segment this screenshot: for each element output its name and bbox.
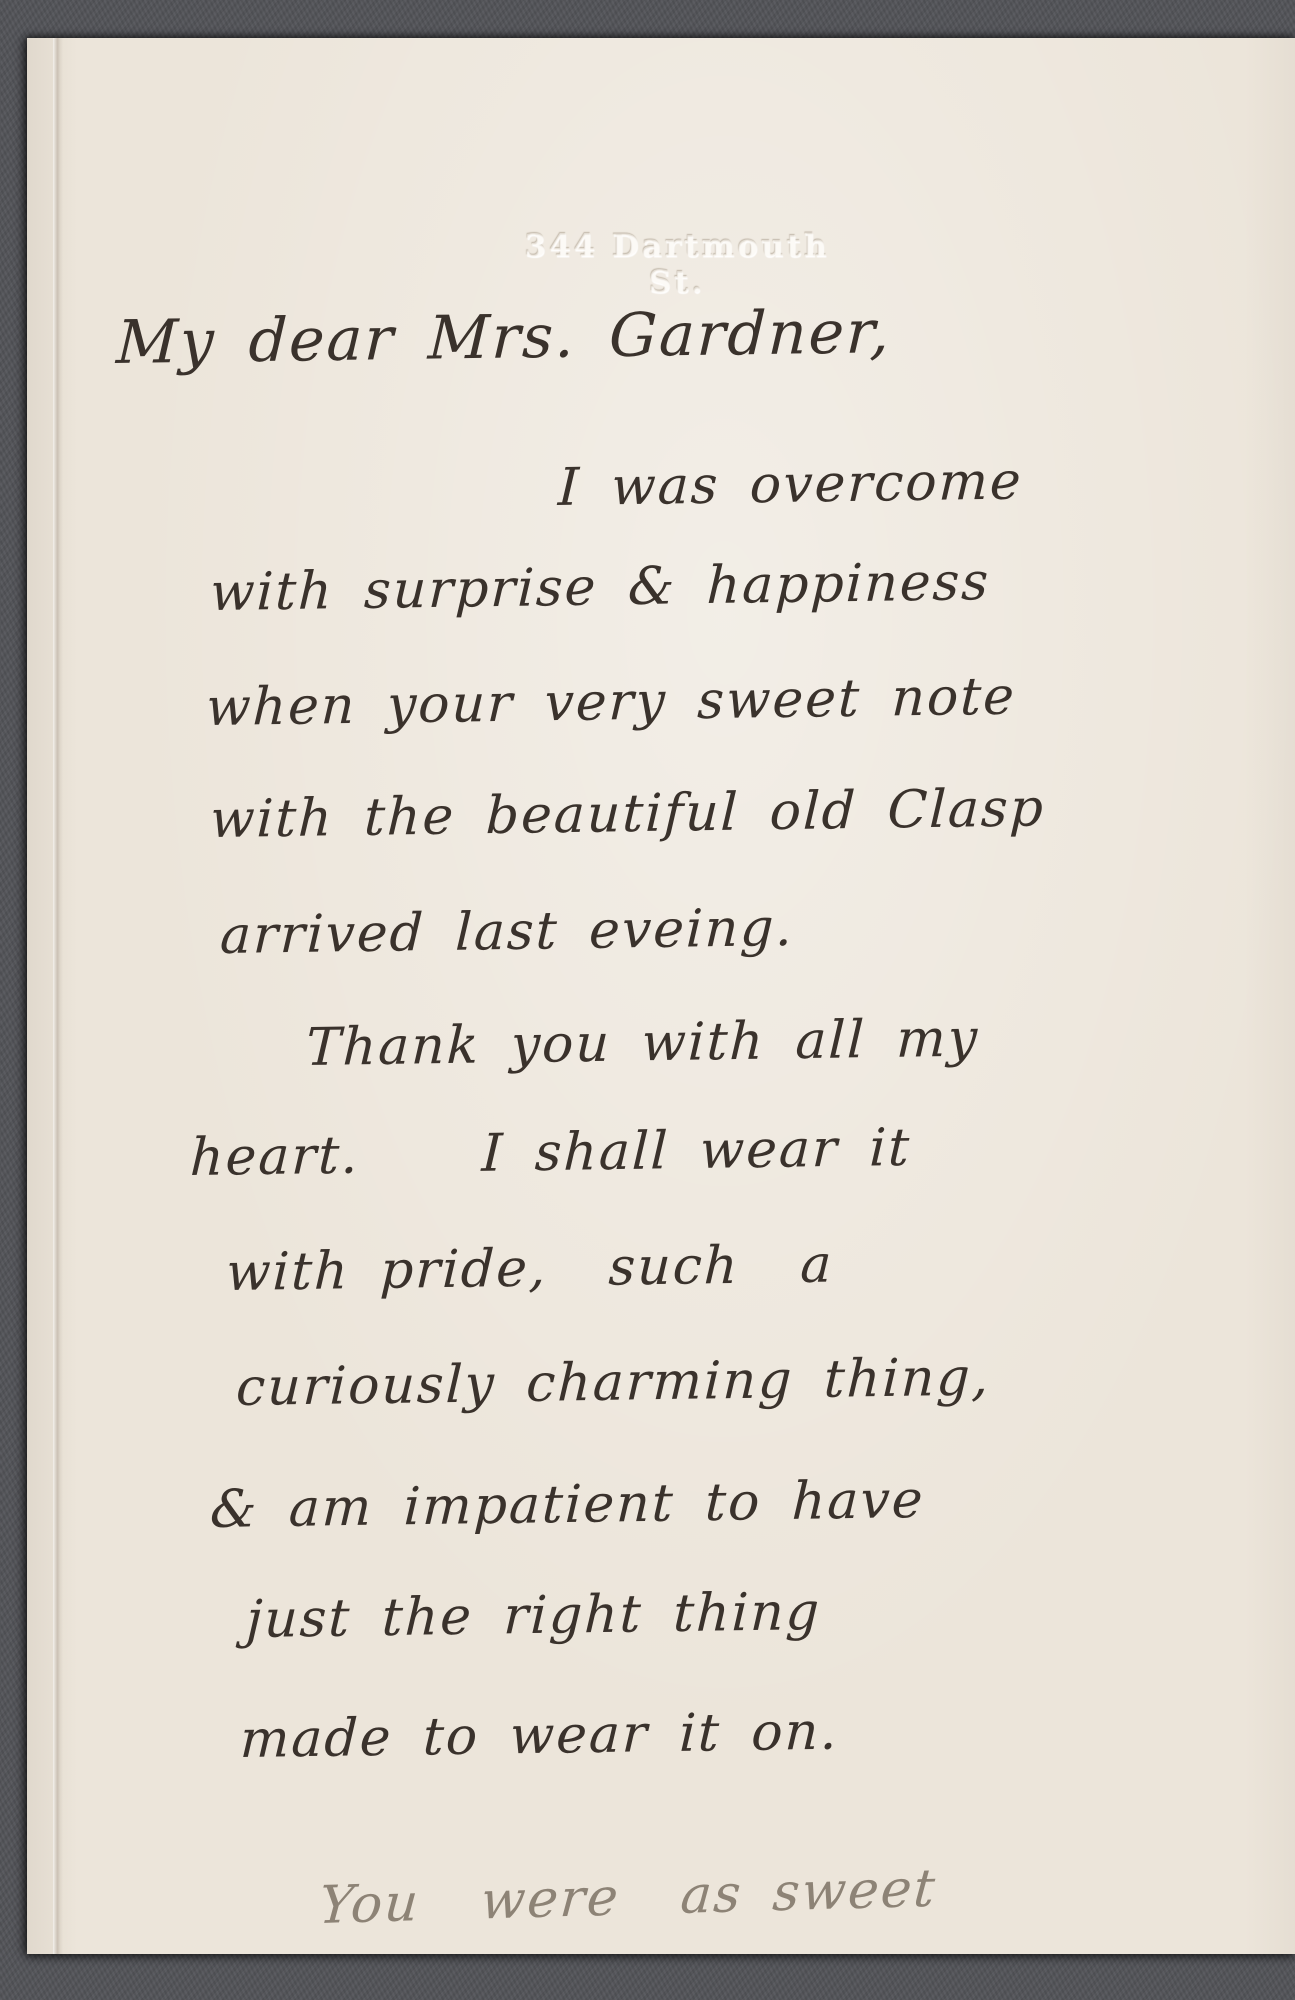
letter-line-11: & am impatient to have <box>209 1470 926 1540</box>
letter-paper: 344 Dartmouth St. My dear Mrs. Gardner, … <box>27 38 1295 1954</box>
letterhead-embossed: 344 Dartmouth St. <box>497 228 857 300</box>
letter-line-4: when your very sweet note <box>205 667 1017 738</box>
letter-line-salutation: My dear Mrs. Gardner, <box>115 297 893 378</box>
letter-line-3: with surprise & happiness <box>209 552 991 623</box>
letter-line-9: with pride, such a <box>225 1234 835 1303</box>
letter-line-5: with the beautiful old Clasp <box>209 778 1046 850</box>
fold-crease <box>53 38 63 1954</box>
letter-line-14: You were as sweet <box>317 1859 939 1936</box>
letter-line-8: heart. I shall wear it <box>189 1118 912 1188</box>
letter-line-10: curiously charming thing, <box>235 1347 991 1418</box>
letter-line-6: arrived last eveing. <box>219 898 795 966</box>
letter-line-2: I was overcome <box>557 451 1024 518</box>
letter-line-7: Thank you with all my <box>305 1009 980 1078</box>
letter-line-13: made to wear it on. <box>239 1702 840 1770</box>
letter-line-12: just the right thing <box>245 1582 822 1650</box>
